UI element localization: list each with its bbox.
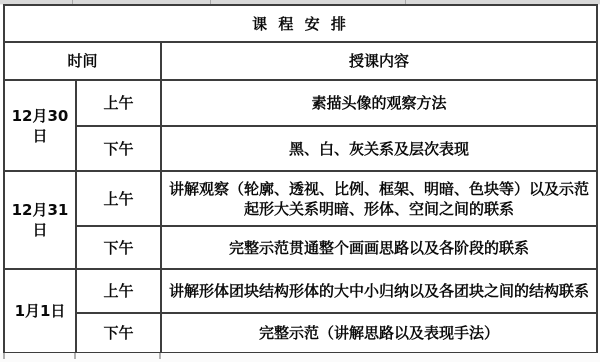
column-header-time: 时间 <box>4 42 161 80</box>
column-header-content: 授课内容 <box>161 42 597 80</box>
table-row: 下午 完整示范贯通整个画画思路以及各阶段的联系 <box>4 226 597 269</box>
page-title: 课 程 安 排 <box>4 5 597 42</box>
content-cell: 讲解观察（轮廓、透视、比例、框架、明暗、色块等）以及示范起形大关系明暗、形体、空… <box>161 171 597 226</box>
period-cell-afternoon: 下午 <box>76 313 161 353</box>
table-row: 12月30日 上午 素描头像的观察方法 <box>4 80 597 126</box>
table-row: 12月31日 上午 讲解观察（轮廓、透视、比例、框架、明暗、色块等）以及示范起形… <box>4 171 597 226</box>
date-cell-dec31: 12月31日 <box>4 171 76 269</box>
content-cell: 完整示范贯通整个画画思路以及各阶段的联系 <box>161 226 597 269</box>
date-cell-jan1: 1月1日 <box>4 269 76 353</box>
bottom-edge-strip <box>0 353 600 362</box>
period-cell-morning: 上午 <box>76 80 161 126</box>
table-row: 下午 黑、白、灰关系及层次表现 <box>4 126 597 171</box>
table-row: 1月1日 上午 讲解形体团块结构形体的大中小归纳以及各团块之间的结构联系 <box>4 269 597 313</box>
bottom-edge-tick <box>159 353 161 359</box>
table-row: 下午 完整示范（讲解思路以及表现手法） <box>4 313 597 353</box>
date-cell-dec30: 12月30日 <box>4 80 76 171</box>
period-cell-afternoon: 下午 <box>76 126 161 171</box>
content-cell: 讲解形体团块结构形体的大中小归纳以及各团块之间的结构联系 <box>161 269 597 313</box>
table-row-header: 时间 授课内容 <box>4 42 597 80</box>
content-cell: 素描头像的观察方法 <box>161 80 597 126</box>
content-cell: 黑、白、灰关系及层次表现 <box>161 126 597 171</box>
content-cell: 完整示范（讲解思路以及表现手法） <box>161 313 597 353</box>
period-cell-morning: 上午 <box>76 171 161 226</box>
period-cell-afternoon: 下午 <box>76 226 161 269</box>
period-cell-morning: 上午 <box>76 269 161 313</box>
course-schedule-table: 课 程 安 排 时间 授课内容 12月30日 上午 素描头像的观察方法 下午 黑… <box>3 4 598 354</box>
bottom-edge-tick <box>74 353 76 359</box>
table-row-title: 课 程 安 排 <box>4 5 597 42</box>
bottom-edge-tick <box>3 353 5 359</box>
